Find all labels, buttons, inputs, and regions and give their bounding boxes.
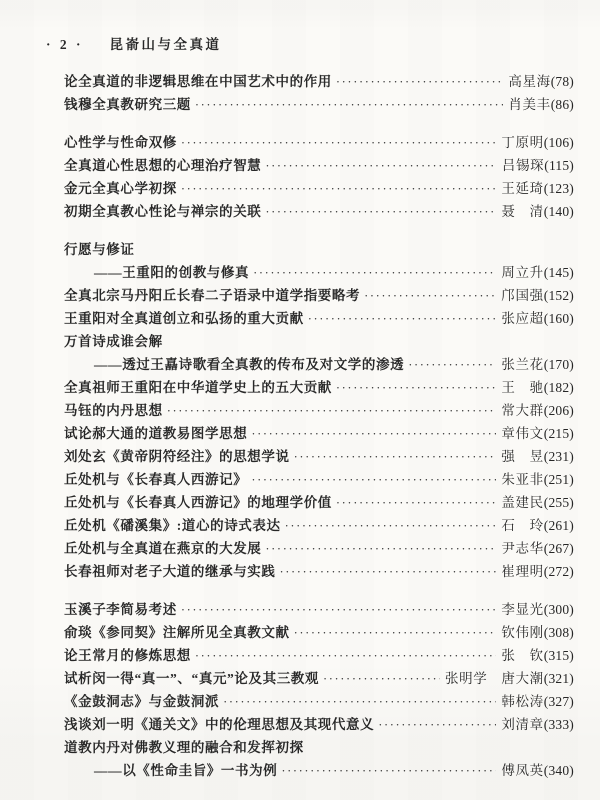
entry-title: 论王常月的修炼思想 (64, 644, 191, 667)
entry-ref: 邝国强152 (501, 284, 574, 307)
entry-title: 马钰的内丹思想 (64, 399, 163, 422)
dot-leader (308, 308, 497, 331)
entry-author: 李显光 (501, 602, 543, 617)
entry-author: 常大群 (501, 403, 543, 418)
entry-ref: 张 钦315 (501, 644, 574, 667)
running-title: 昆嵛山与全真道 (110, 33, 222, 53)
entry-title: 丘处机与《长春真人西游记》 (64, 468, 247, 491)
entry-ref: 钦伟刚308 (501, 621, 574, 644)
entry-ref: 吕锡琛115 (502, 154, 574, 177)
toc-group: 论全真道的非逻辑思维在中国艺术中的作用 高星海78 钱穆全真教研究三题 肖美丰8… (64, 70, 574, 116)
entry-title: 王重阳对全真道创立和弘扬的重大贡献 (64, 307, 304, 330)
toc-entry: ——透过王嚞诗歌看全真教的传布及对文学的渗透 张兰花170 (64, 353, 574, 376)
entry-ref: 王延琦123 (501, 177, 574, 200)
entry-author: 张 钦 (501, 648, 543, 663)
entry-author: 吕锡琛 (502, 158, 544, 173)
entry-title: 钱穆全真教研究三题 (64, 93, 191, 116)
entry-page-number: 251 (544, 472, 574, 487)
entry-title: 万首诗成谁会解 (64, 330, 163, 353)
entry-author: 朱亚非 (501, 472, 543, 487)
entry-ref: 聂 清140 (501, 200, 574, 223)
toc-entry: 马钰的内丹思想 常大群206 (64, 399, 574, 422)
entry-page-number: 160 (544, 311, 574, 326)
entry-ref: 刘清章333 (501, 713, 574, 736)
dot-leader (265, 201, 496, 224)
entry-page-number: 333 (544, 717, 574, 732)
entry-page-number: 106 (544, 135, 574, 150)
toc-entry: 丘处机与全真道在燕京的大发展 尹志华267 (64, 537, 574, 560)
entry-ref: 章伟文215 (501, 422, 574, 445)
toc-entry: 丘处机《磻溪集》:道心的诗式表达 石 玲261 (64, 514, 574, 537)
entry-title: 《金鼓洞志》与金鼓洞派 (64, 690, 219, 713)
toc-entry: 试析闵一得“真一”、“真元”论及其三教观 张明学 唐大潮321 (64, 667, 574, 690)
entry-title: 金元全真心学初探 (64, 177, 177, 200)
entry-title: 道教内丹对佛教义理的融合和发挥初探 (64, 736, 304, 759)
entry-ref: 崔理明272 (501, 560, 574, 583)
toc-entry: 长春祖师对老子大道的继承与实践 崔理明272 (64, 560, 574, 583)
toc-entry: 玉溪子李简易考述 李显光300 (64, 598, 574, 621)
toc-entry: 初期全真教心性论与禅宗的关联 聂 清140 (64, 200, 574, 223)
dot-leader (251, 423, 496, 446)
entry-page-number: 123 (544, 181, 574, 196)
entry-page-number: 206 (544, 403, 574, 418)
toc-entry: 浅谈刘一明《通关文》中的伦理思想及其现代意义 刘清章333 (64, 713, 574, 736)
entry-ref: 周立升145 (501, 261, 574, 284)
dot-leader (336, 492, 497, 515)
dot-leader (364, 285, 496, 308)
dot-leader (285, 515, 497, 538)
entry-author: 强 昱 (501, 449, 543, 464)
entry-title: 浅谈刘一明《通关文》中的伦理思想及其现代意义 (64, 713, 374, 736)
entry-page-number: 340 (544, 763, 574, 778)
dot-leader (336, 377, 497, 400)
entry-ref: 高星海78 (508, 70, 574, 93)
entry-ref: 张明学 唐大潮321 (445, 667, 574, 690)
toc-entry: ——以《性命圭旨》一书为例 傅凤英340 (64, 759, 574, 782)
toc-entry: 论全真道的非逻辑思维在中国艺术中的作用 高星海78 (64, 70, 574, 93)
folio-page-number: · 2 · (46, 37, 84, 53)
dot-leader (294, 622, 497, 645)
entry-page-number: 152 (544, 288, 574, 303)
entry-page-number: 182 (544, 380, 574, 395)
toc-entry: 全真道心性思想的心理治疗智慧 吕锡琛115 (64, 154, 574, 177)
dot-leader (195, 94, 503, 117)
dot-leader (281, 760, 496, 783)
entry-title: 玉溪子李简易考述 (64, 598, 177, 621)
entry-author: 张兰花 (501, 357, 543, 372)
entry-author: 韩松涛 (501, 694, 543, 709)
entry-page-number: 115 (544, 158, 574, 173)
entry-title: 丘处机与《长春真人西游记》的地理学价值 (64, 491, 332, 514)
entry-title: 俞琰《参同契》注解所见全真教文献 (64, 621, 290, 644)
toc-entry: 丘处机与《长春真人西游记》 朱亚非251 (64, 468, 574, 491)
toc-entry: 俞琰《参同契》注解所见全真教文献 钦伟刚308 (64, 621, 574, 644)
entry-title: ——以《性命圭旨》一书为例 (64, 759, 277, 782)
entry-page-number: 308 (544, 625, 574, 640)
entry-page-number: 255 (544, 495, 574, 510)
toc-group: 行愿与修证 ——王重阳的创教与修真 周立升145 全真北宗马丹阳丘长春二子语录中… (64, 238, 574, 583)
entry-author: 高星海 (508, 74, 550, 89)
entry-title: ——王重阳的创教与修真 (64, 261, 249, 284)
entry-ref: 傅凤英340 (501, 759, 574, 782)
dot-leader (408, 354, 496, 377)
entry-title: 论全真道的非逻辑思维在中国艺术中的作用 (64, 70, 332, 93)
entry-page-number: 215 (544, 426, 574, 441)
entry-author: 邝国强 (501, 288, 543, 303)
dot-leader (323, 668, 440, 691)
entry-author: 肖美丰 (508, 97, 550, 112)
toc-entry: 王重阳对全真道创立和弘扬的重大贡献 张应超160 (64, 307, 574, 330)
dot-leader (336, 71, 503, 94)
entry-author: 丁原明 (501, 135, 543, 150)
entry-page-number: 300 (544, 602, 574, 617)
entry-page-number: 327 (544, 694, 574, 709)
entry-author: 张应超 (501, 311, 543, 326)
toc-entry: 《金鼓洞志》与金鼓洞派 韩松涛327 (64, 690, 574, 713)
dot-leader (181, 599, 497, 622)
entry-title: 全真北宗马丹阳丘长春二子语录中道学指要略考 (64, 284, 360, 307)
toc-section-heading: 行愿与修证 (64, 238, 574, 261)
toc-entry: 金元全真心学初探 王延琦123 (64, 177, 574, 200)
entry-ref: 石 玲261 (501, 514, 574, 537)
dot-leader (378, 714, 496, 737)
entry-title: 全真道心性思想的心理治疗智慧 (64, 154, 261, 177)
entry-ref: 肖美丰86 (508, 93, 574, 116)
entry-ref: 张应超160 (501, 307, 574, 330)
dot-leader (251, 469, 496, 492)
entry-ref: 盖建民255 (501, 491, 574, 514)
entry-title: 试论郝大通的道教易图学思想 (64, 422, 247, 445)
entry-ref: 张兰花170 (501, 353, 574, 376)
toc-entry: 丘处机与《长春真人西游记》的地理学价值 盖建民255 (64, 491, 574, 514)
entry-title: 初期全真教心性论与禅宗的关联 (64, 200, 261, 223)
dot-leader (265, 538, 496, 561)
entry-author: 傅凤英 (501, 763, 543, 778)
toc-section-heading: 道教内丹对佛教义理的融合和发挥初探 (64, 736, 574, 759)
entry-author: 刘清章 (501, 717, 543, 732)
dot-leader (181, 132, 497, 155)
dot-leader (280, 561, 497, 584)
entry-ref: 王 驰182 (501, 376, 574, 399)
entry-ref: 朱亚非251 (501, 468, 574, 491)
entry-author: 聂 清 (501, 204, 543, 219)
dot-leader (181, 178, 497, 201)
entry-page-number: 315 (544, 648, 574, 663)
entry-title: 长春祖师对老子大道的继承与实践 (64, 560, 276, 583)
toc-list: 论全真道的非逻辑思维在中国艺术中的作用 高星海78 钱穆全真教研究三题 肖美丰8… (64, 70, 574, 782)
toc-entry: 全真祖师王重阳在中华道学史上的五大贡献 王 驰182 (64, 376, 574, 399)
dot-leader (294, 446, 497, 469)
toc-entry: ——王重阳的创教与修真 周立升145 (64, 261, 574, 284)
entry-author: 王 驰 (501, 380, 543, 395)
entry-title: 刘处玄《黄帝阴符经注》的思想学说 (64, 445, 290, 468)
book-page: · 2 · 昆嵛山与全真道 论全真道的非逻辑思维在中国艺术中的作用 高星海78 … (0, 0, 600, 800)
entry-author: 章伟文 (501, 426, 543, 441)
entry-title: 试析闵一得“真一”、“真元”论及其三教观 (64, 667, 319, 690)
entry-title: 丘处机《磻溪集》:道心的诗式表达 (64, 514, 281, 537)
entry-ref: 尹志华267 (501, 537, 574, 560)
entry-page-number: 321 (544, 671, 574, 686)
toc-group: 心性学与性命双修 丁原明106 全真道心性思想的心理治疗智慧 吕锡琛115 金元… (64, 131, 574, 223)
dot-leader (167, 400, 497, 423)
entry-page-number: 170 (544, 357, 574, 372)
entry-author: 尹志华 (501, 541, 543, 556)
entry-page-number: 272 (544, 564, 574, 579)
entry-ref: 常大群206 (501, 399, 574, 422)
toc-section-heading: 万首诗成谁会解 (64, 330, 574, 353)
dot-leader (223, 691, 496, 714)
toc-entry: 试论郝大通的道教易图学思想 章伟文215 (64, 422, 574, 445)
entry-title: ——透过王嚞诗歌看全真教的传布及对文学的渗透 (64, 353, 404, 376)
toc-entry: 全真北宗马丹阳丘长春二子语录中道学指要略考 邝国强152 (64, 284, 574, 307)
entry-ref: 李显光300 (501, 598, 574, 621)
entry-page-number: 140 (544, 204, 574, 219)
entry-ref: 丁原明106 (501, 131, 574, 154)
entry-title: 心性学与性命双修 (64, 131, 177, 154)
entry-author: 崔理明 (501, 564, 543, 579)
page-header: · 2 · 昆嵛山与全真道 (0, 0, 600, 53)
dot-leader (265, 155, 497, 178)
entry-page-number: 231 (544, 449, 574, 464)
entry-author: 石 玲 (501, 518, 543, 533)
entry-author: 盖建民 (501, 495, 543, 510)
entry-author: 张明学 唐大潮 (445, 671, 544, 686)
toc-entry: 论王常月的修炼思想 张 钦315 (64, 644, 574, 667)
entry-author: 周立升 (501, 265, 543, 280)
entry-title: 丘处机与全真道在燕京的大发展 (64, 537, 261, 560)
entry-author: 钦伟刚 (501, 625, 543, 640)
toc-group: 玉溪子李简易考述 李显光300 俞琰《参同契》注解所见全真教文献 钦伟刚308 … (64, 598, 574, 782)
entry-page-number: 86 (551, 97, 574, 112)
toc-entry: 刘处玄《黄帝阴符经注》的思想学说 强 昱231 (64, 445, 574, 468)
entry-page-number: 78 (551, 74, 574, 89)
entry-author: 王延琦 (501, 181, 543, 196)
entry-title: 全真祖师王重阳在中华道学史上的五大贡献 (64, 376, 332, 399)
entry-ref: 强 昱231 (501, 445, 574, 468)
entry-page-number: 145 (544, 265, 574, 280)
dot-leader (253, 262, 496, 285)
dot-leader (195, 645, 497, 668)
entry-ref: 韩松涛327 (501, 690, 574, 713)
toc-entry: 钱穆全真教研究三题 肖美丰86 (64, 93, 574, 116)
entry-title: 行愿与修证 (64, 238, 135, 261)
entry-page-number: 267 (544, 541, 574, 556)
entry-page-number: 261 (544, 518, 574, 533)
toc-entry: 心性学与性命双修 丁原明106 (64, 131, 574, 154)
